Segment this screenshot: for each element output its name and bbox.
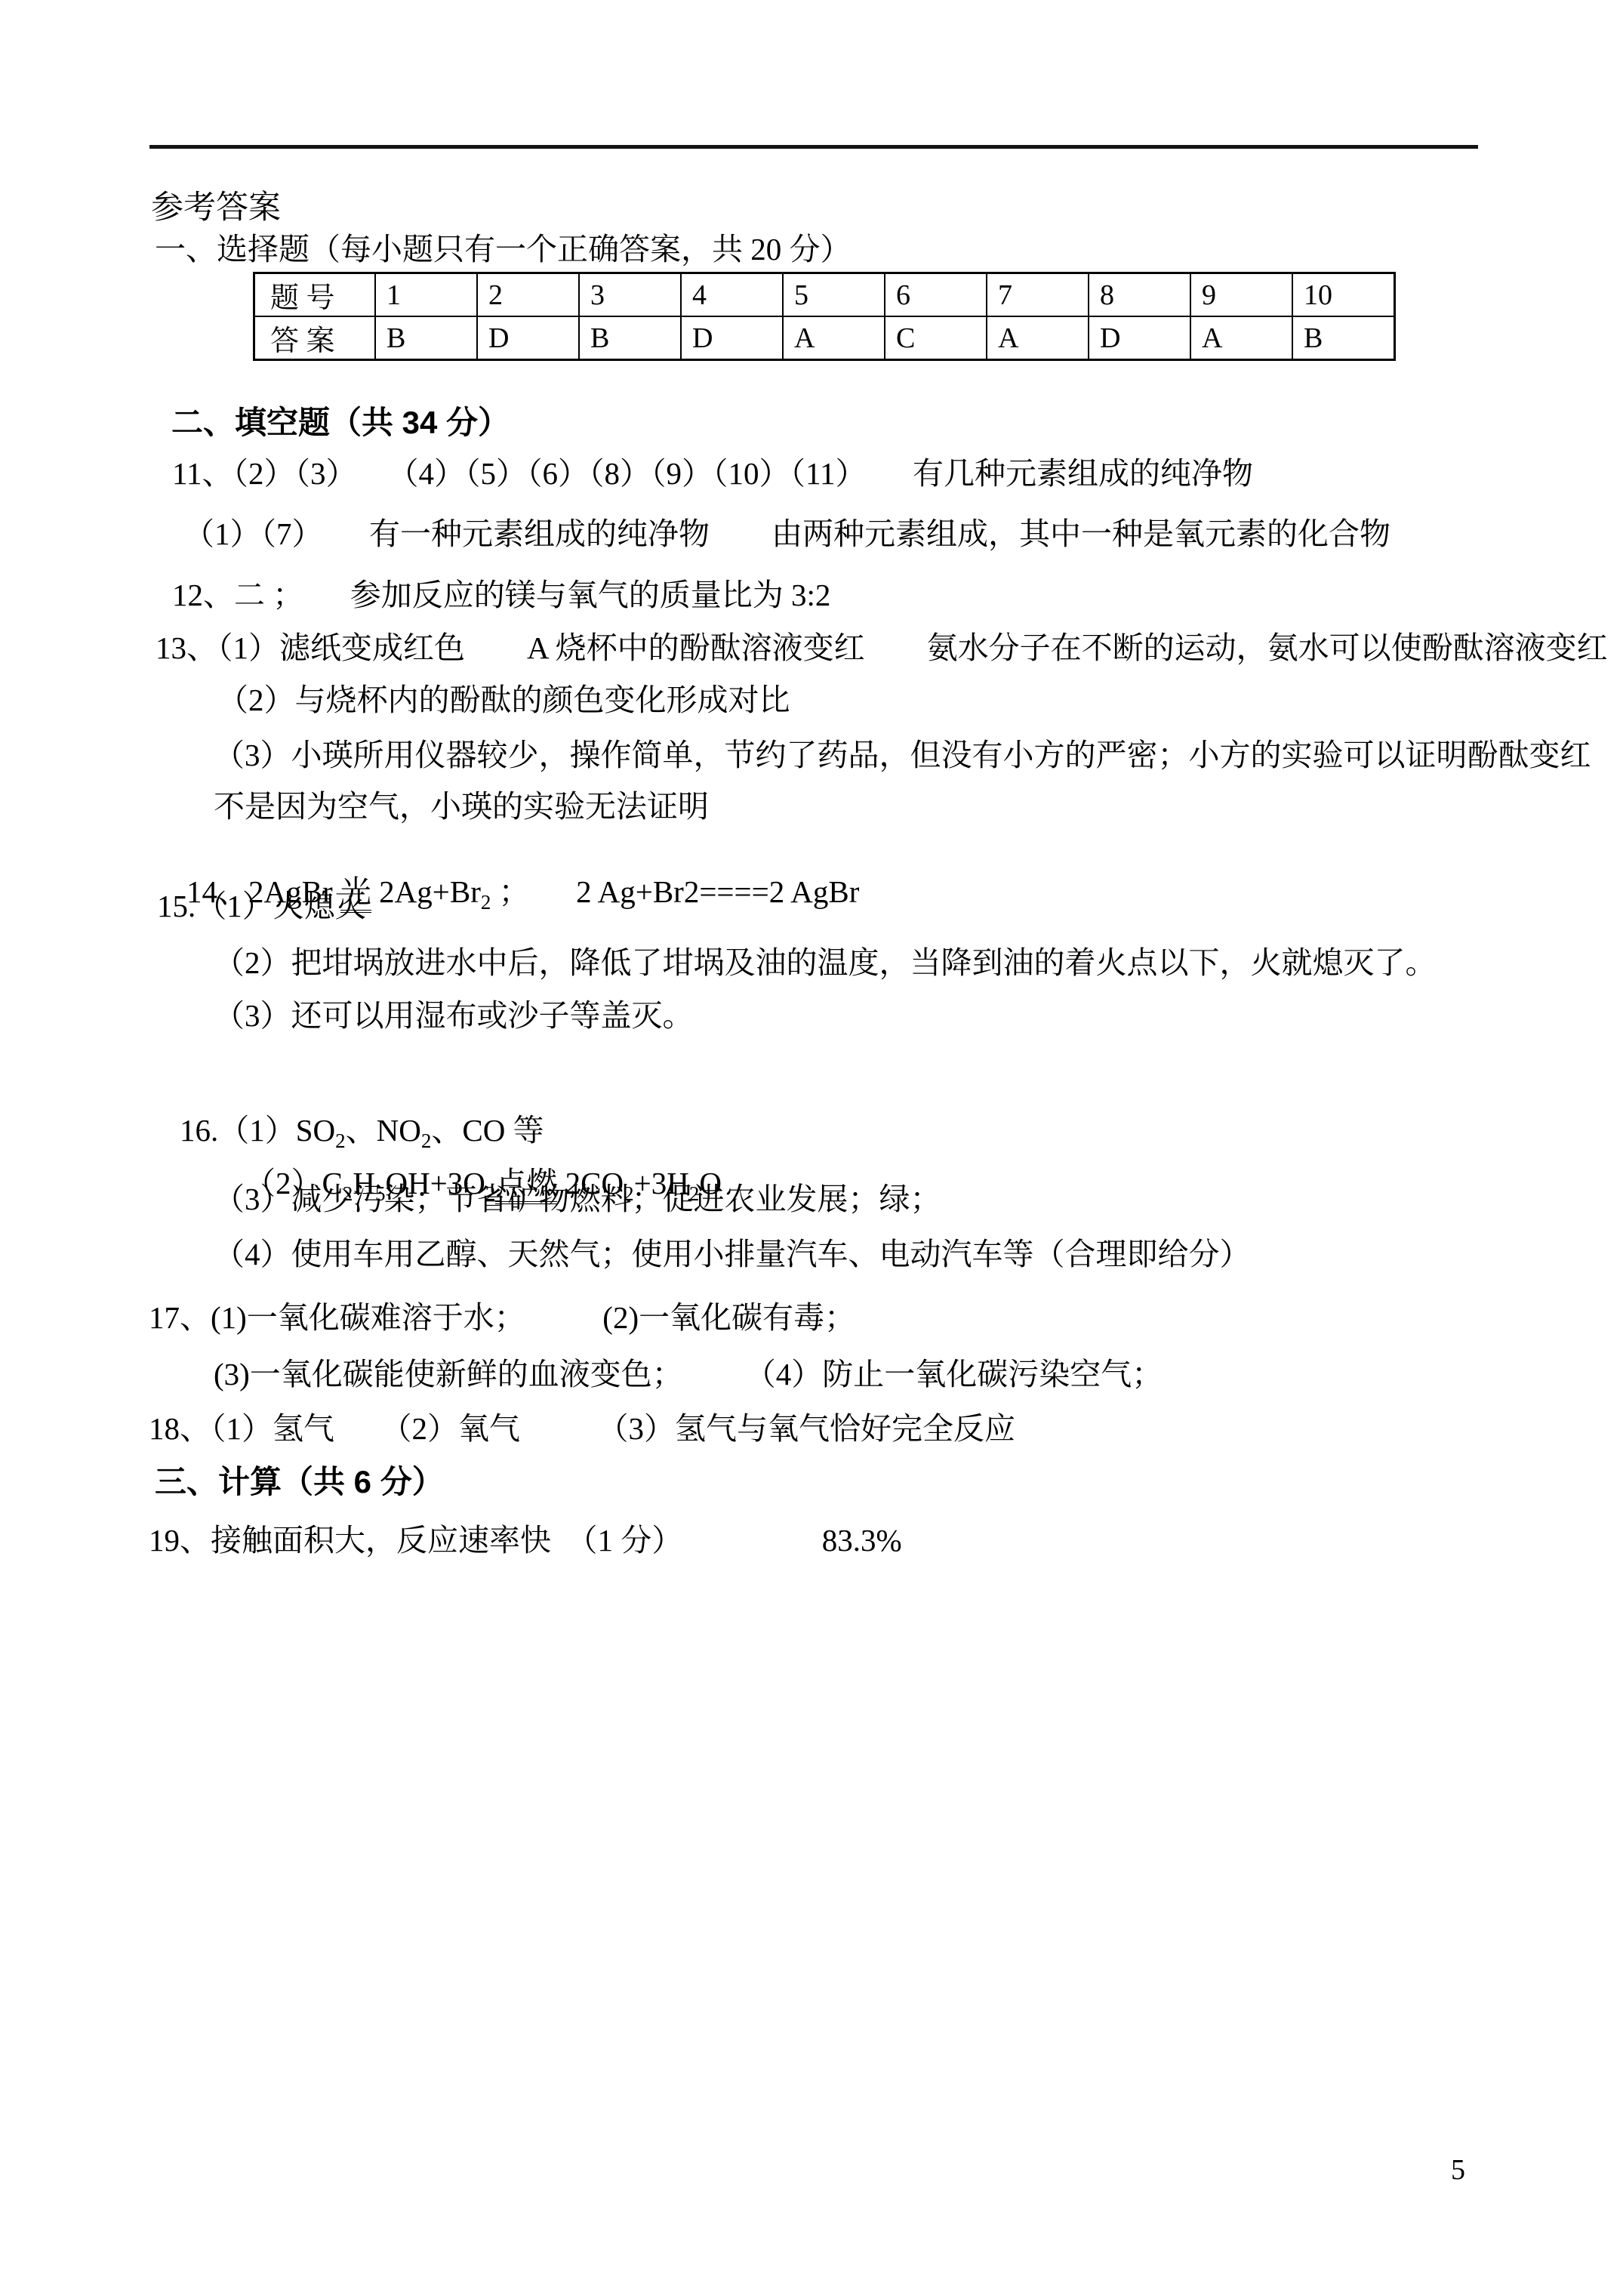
page-title: 参考答案 (151, 189, 281, 228)
header-rule (149, 145, 1478, 149)
qnum-cell-1: 1 (375, 273, 477, 317)
qnum-cell-7: 7 (987, 273, 1089, 317)
answer-line-q19: 19、接触面积大，反应速率快 （1 分） 83.3% (149, 1522, 902, 1559)
answer-line-q13-1: 13、（1）滤纸变成红色 A 烧杯中的酚酞溶液变红 氨水分子在不断的运动，氨水可… (156, 630, 1608, 667)
answer-cell-7: A (987, 316, 1089, 360)
answer-cell-1: B (375, 316, 477, 360)
q14-equation-suffix: ； 2 Ag+Br2====2 AgBr (491, 874, 859, 909)
answer-line-q16-4: （4）使用车用乙醇、天然气；使用小排量汽车、电动汽车等（合理即给分） (214, 1236, 1251, 1273)
answer-header-cell: 答 案 (254, 316, 376, 360)
qnum-cell-6: 6 (885, 273, 987, 317)
answer-line-q11-2: （1）（7） 有一种元素组成的纯净物 由两种元素组成，其中一种是氧元素的化合物 (183, 516, 1390, 553)
answer-cell-4: D (681, 316, 783, 360)
qnum-cell-2: 2 (477, 273, 579, 317)
answer-line-q17-1: 17、(1)一氧化碳难溶于水； (2)一氧化碳有毒； (149, 1299, 855, 1336)
qnum-cell-9: 9 (1190, 273, 1292, 317)
answer-line-q12: 12、二 ； 参加反应的镁与氧气的质量比为 3:2 (172, 577, 830, 614)
answer-cell-5: A (783, 316, 885, 360)
answer-cell-2: D (477, 316, 579, 360)
table-row-answers: 答 案 B D B D A C A D A B (254, 316, 1395, 360)
answer-line-q15-3: （3）还可以用湿布或沙子等盖灭。 (214, 997, 694, 1034)
answer-line-q15-1: 15.（1）火熄灭 (157, 888, 366, 925)
answer-line-q13-2: （2）与烧杯内的酚酞的颜色变化形成对比 (217, 682, 790, 719)
answer-cell-6: C (885, 316, 987, 360)
qnum-cell-8: 8 (1089, 273, 1190, 317)
qnum-cell-3: 3 (579, 273, 681, 317)
table-row-question-numbers: 题 号 1 2 3 4 5 6 7 8 9 10 (254, 273, 1395, 317)
page-number: 5 (1451, 2153, 1465, 2187)
answer-line-q15-2: （2）把坩埚放进水中后，降低了坩埚及油的温度，当降到油的着火点以下，火就熄灭了。 (214, 945, 1437, 982)
section1-heading: 一、选择题（每小题只有一个正确答案，共 20 分） (155, 231, 852, 268)
answer-line-q18: 18、（1）氢气 （2）氧气 （3）氢气与氧气恰好完全反应 (149, 1410, 1015, 1447)
q14-equation-mid: 2Ag+Br (371, 874, 481, 909)
answer-cell-10: B (1292, 316, 1395, 360)
answer-cell-8: D (1089, 316, 1190, 360)
qnum-cell-10: 10 (1292, 273, 1395, 317)
qnum-header-cell: 题 号 (254, 273, 376, 317)
answer-cell-9: A (1190, 316, 1292, 360)
answer-line-q16-3: （3）减少污染；节省矿物燃料；促进农业发展；绿； (214, 1181, 941, 1218)
q14-subscript: 2 (481, 891, 491, 914)
answer-line-q17-2: (3)一氧化碳能使新鲜的血液变色； （4）防止一氧化碳污染空气； (214, 1356, 1163, 1393)
section2-heading: 二、填空题（共 34 分） (171, 404, 510, 442)
answer-line-q13-3: （3）小瑛所用仪器较少，操作简单，节约了药品，但没有小方的严密；小方的实验可以证… (214, 737, 1591, 774)
answer-table: 题 号 1 2 3 4 5 6 7 8 9 10 答 案 B D B D A C… (253, 272, 1396, 361)
document-page: 参考答案 一、选择题（每小题只有一个正确答案，共 20 分） 题 号 1 2 3… (0, 0, 1623, 2296)
answer-cell-3: B (579, 316, 681, 360)
section3-heading: 三、计算（共 6 分） (155, 1463, 444, 1501)
qnum-cell-5: 5 (783, 273, 885, 317)
qnum-cell-4: 4 (681, 273, 783, 317)
answer-line-q11-1: 11、（2）（3） （4）（5）（6）（8）（9）（10）（11） 有几种元素组… (172, 455, 1253, 492)
answer-line-q13-4: 不是因为空气，小瑛的实验无法证明 (214, 788, 709, 825)
